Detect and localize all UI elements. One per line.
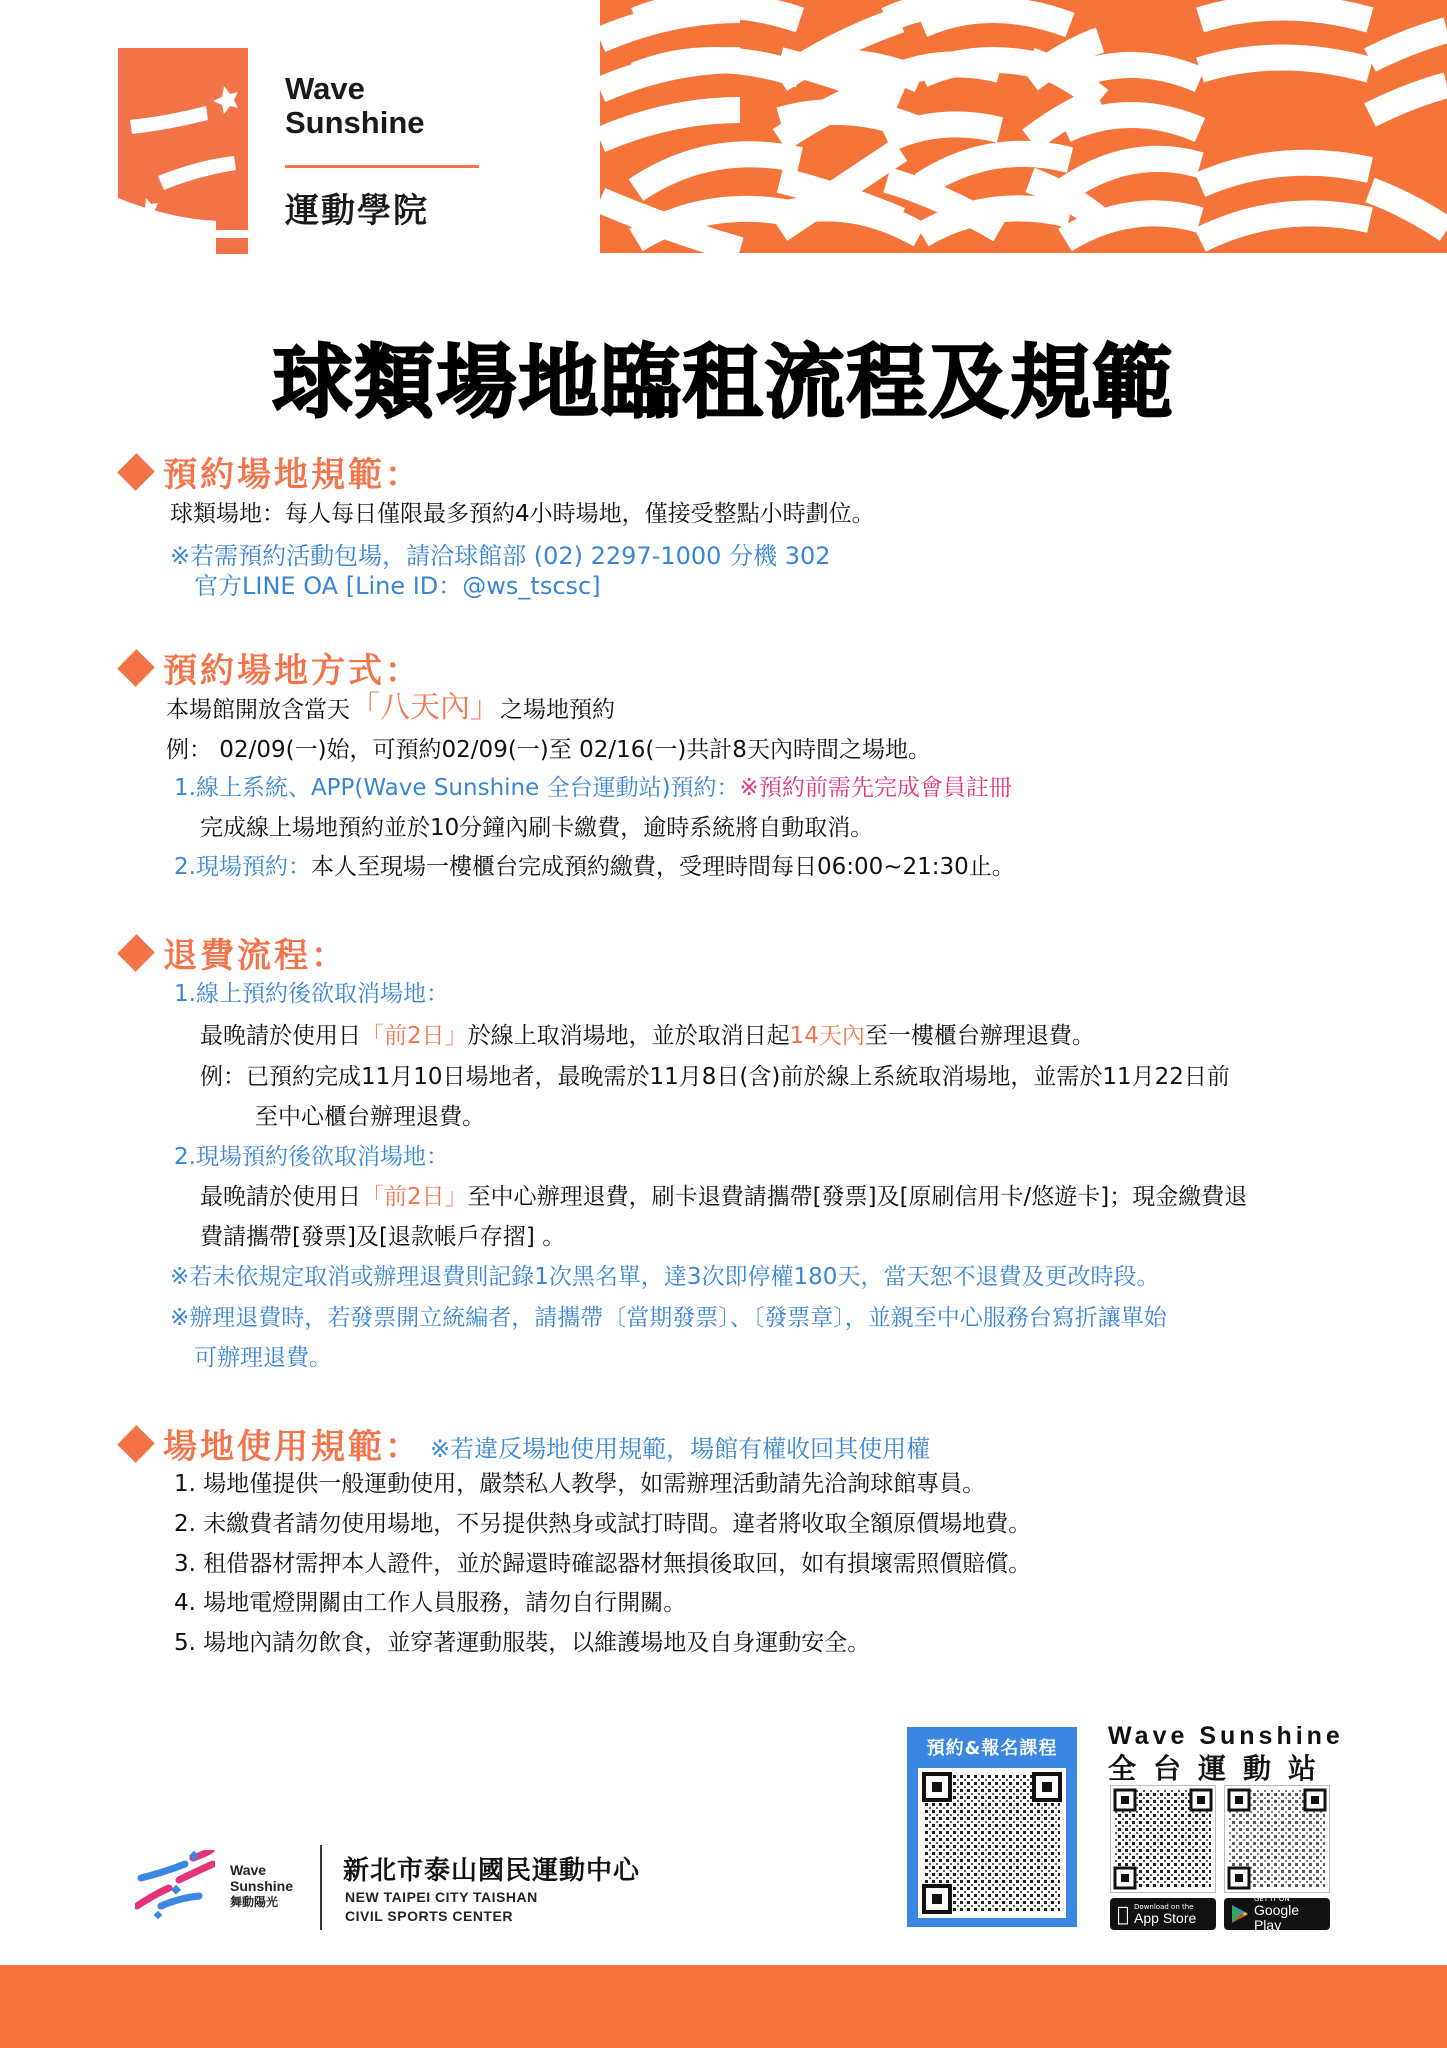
blacklist-note: ※若未依規定取消或辦理退費則記錄1次黑名單，達3次即停權180天，當天恕不退費及… xyxy=(170,1262,1159,1292)
eight-day-booking-text: 本場館開放含當天「八天內」之場地預約 xyxy=(166,693,615,725)
section-heading-booking-methods: 預約場地方式： xyxy=(118,643,422,692)
section-heading-refund-process: 退費流程： xyxy=(118,928,348,977)
onsite-cancel-detail-cont: 費請攜帶[發票]及[退款帳戶存摺] 。 xyxy=(200,1222,565,1252)
online-cancel-example: 例：已預約完成11月10日場地者，最晚需於11月8日(含)前於線上系統取消場地，… xyxy=(200,1062,1230,1092)
diamond-bullet-icon xyxy=(117,1425,155,1463)
page-title: 球類場地臨租流程及規範 xyxy=(0,318,1447,433)
venue-rule-item: 3. 租借器材需押本人證件，並於歸還時確認器材無損後取回，如有損壞需照價賠償。 xyxy=(174,1549,1031,1579)
brand-name: Wave Sunshine xyxy=(285,72,425,140)
brand-divider xyxy=(285,165,479,168)
brand-subtitle: 運動學院 xyxy=(285,183,429,232)
venue-rule-item: 1. 場地僅提供一般運動使用，嚴禁私人教學，如需辦理活動請先洽詢球館專員。 xyxy=(174,1469,985,1499)
google-play-icon xyxy=(1231,1904,1249,1924)
apple-icon:  xyxy=(1117,1902,1129,1926)
line-oa-id: 官方LINE OA [Line ID：@ws_tscsc] xyxy=(194,571,601,601)
booking-rule-text: 球類場地：每人每日僅限最多預約4小時場地，僅接受整點小時劃位。 xyxy=(170,499,875,529)
online-booking-item: 1.線上系統、APP(Wave Sunshine 全台運動站)預約：※預約前需先… xyxy=(174,773,1012,803)
diamond-bullet-icon xyxy=(117,453,155,491)
qr-code-icon xyxy=(1225,1786,1329,1892)
onsite-booking-item: 2.現場預約：本人至現場一樓櫃台完成預約繳費，受理時間每日06:00~21:30… xyxy=(174,852,1015,882)
qr-code-icon xyxy=(918,1768,1066,1918)
footer-brand: Wave Sunshine 舞動陽光 xyxy=(230,1862,293,1910)
section-heading-venue-rules: 場地使用規範： ※若違反場地使用規範，場館有權收回其使用權 xyxy=(118,1419,930,1468)
app-subtitle: 全台運動站 xyxy=(1108,1747,1333,1787)
online-cancel-detail: 最晚請於使用日「前2日」於線上取消場地，並於取消日起14天內至一樓櫃台辦理退費。 xyxy=(200,1021,1095,1051)
googleplay-qr-code[interactable] xyxy=(1224,1785,1330,1893)
invoice-note: ※辦理退費時，若發票開立統編者，請攜帶〔當期發票〕、〔發票章〕，並親至中心服務台… xyxy=(170,1303,1167,1333)
center-name-en: NEW TAIPEI CITY TAISHAN CIVIL SPORTS CEN… xyxy=(345,1888,538,1926)
online-cancel-label: 1.線上預約後欲取消場地： xyxy=(174,979,449,1009)
booking-qr-code[interactable] xyxy=(918,1768,1066,1918)
qr-code-icon xyxy=(1111,1786,1215,1892)
appstore-qr-code[interactable] xyxy=(1110,1785,1216,1893)
online-booking-detail: 完成線上場地預約並於10分鐘內刷卡繳費，逾時系統將自動取消。 xyxy=(200,813,873,843)
venue-rule-item: 4. 場地電燈開關由工作人員服務，請勿自行開關。 xyxy=(174,1588,686,1618)
online-cancel-example-cont: 至中心櫃台辦理退費。 xyxy=(255,1102,485,1132)
app-store-button[interactable]:  Download on the App Store xyxy=(1110,1898,1216,1930)
diamond-bullet-icon xyxy=(117,649,155,687)
center-name-cn: 新北市泰山國民運動中心 xyxy=(343,1850,640,1887)
footer-color-bar xyxy=(0,1965,1447,2048)
onsite-cancel-detail: 最晚請於使用日「前2日」至中心辦理退費，刷卡退費請攜帶[發票]及[原刷信用卡/悠… xyxy=(200,1182,1247,1212)
venue-rule-item: 2. 未繳費者請勿使用場地，不另提供熱身或試打時間。違者將收取全額原價場地費。 xyxy=(174,1509,1031,1539)
invoice-note-cont: 可辦理退費。 xyxy=(194,1343,332,1373)
footer-divider xyxy=(320,1845,322,1930)
venue-rules-warning: ※若違反場地使用規範，場館有權收回其使用權 xyxy=(430,1429,930,1464)
booking-qr-label: 預約&報名課程 xyxy=(907,1734,1077,1760)
wave-sunshine-footer-logo-icon xyxy=(135,1850,215,1920)
section-heading-booking-rules: 預約場地規範： xyxy=(118,447,422,496)
group-booking-note: ※若需預約活動包場，請洽球館部 (02) 2297-1000 分機 302 xyxy=(170,541,831,571)
booking-example: 例： 02/09(一)始，可預約02/09(一)至 02/16(一)共計8天內時… xyxy=(166,735,931,765)
onsite-cancel-label: 2.現場預約後欲取消場地： xyxy=(174,1142,449,1172)
google-play-button[interactable]: GET IT ON Google Play xyxy=(1224,1898,1330,1930)
venue-rule-item: 5. 場地內請勿飲食，並穿著運動服裝，以維護場地及自身運動安全。 xyxy=(174,1628,870,1658)
diamond-bullet-icon xyxy=(117,934,155,972)
decorative-wave-pattern xyxy=(600,0,1447,253)
wave-sunshine-academy-logo-icon xyxy=(118,48,248,254)
